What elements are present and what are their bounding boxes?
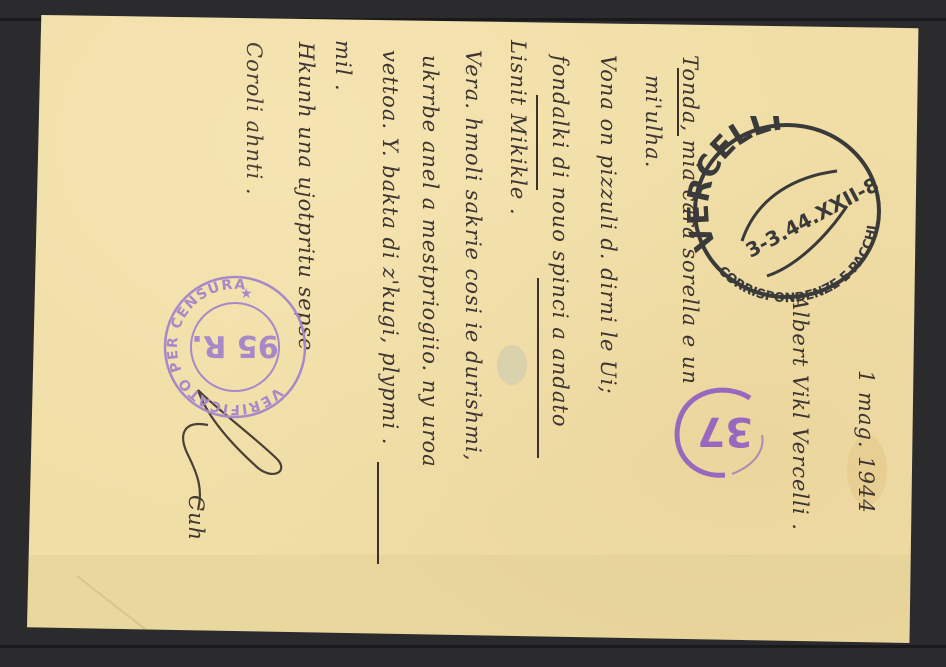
handwriting-underline xyxy=(377,462,379,564)
handwriting-line: fondalki di nouo spinci a andato xyxy=(548,55,572,427)
handwriting-line: Coroli ahnti . xyxy=(242,42,266,196)
handwriting-line: Lisnit Mikikle . xyxy=(506,40,530,216)
handwriting-underline xyxy=(536,95,538,190)
handwriting-date: 1 mag. 1944 xyxy=(854,370,878,514)
paper-band xyxy=(27,555,922,643)
censor-center-text: 95 R. xyxy=(191,328,278,363)
censor-stamp: VERIFICATO PER CENSURA 95 R. ★ xyxy=(160,272,310,422)
ink-smudge xyxy=(497,345,527,385)
handwriting-line: vettoa. Y. bakta di z'kugi, plypmi . xyxy=(378,50,402,445)
star-icon: ★ xyxy=(240,286,253,302)
handwriting-line: Vona on pizzuli d. dirni le Ui; xyxy=(596,55,620,395)
handwriting-line: mil . xyxy=(331,40,355,92)
handwriting-line: Albert Vikl Vercelli . xyxy=(788,295,812,531)
censor-number: 37 xyxy=(697,408,753,454)
handwriting-underline xyxy=(537,278,539,458)
handwriting-underline xyxy=(677,68,679,136)
postmark-vercelli: VERCELLI 3-3.44.XXII-8 CORRISPONDENZE E … xyxy=(687,116,887,306)
handwriting-line: mi'ulha. xyxy=(641,75,665,168)
censor-number-mark: 37 xyxy=(670,380,770,480)
album-strip-edge xyxy=(0,645,946,648)
handwriting-line: Vera. hmoli sakrie cosi ie durishmi, xyxy=(461,50,485,461)
handwriting-line: ukrrbe anel a mestpriogiio. ny uroa xyxy=(418,55,442,468)
